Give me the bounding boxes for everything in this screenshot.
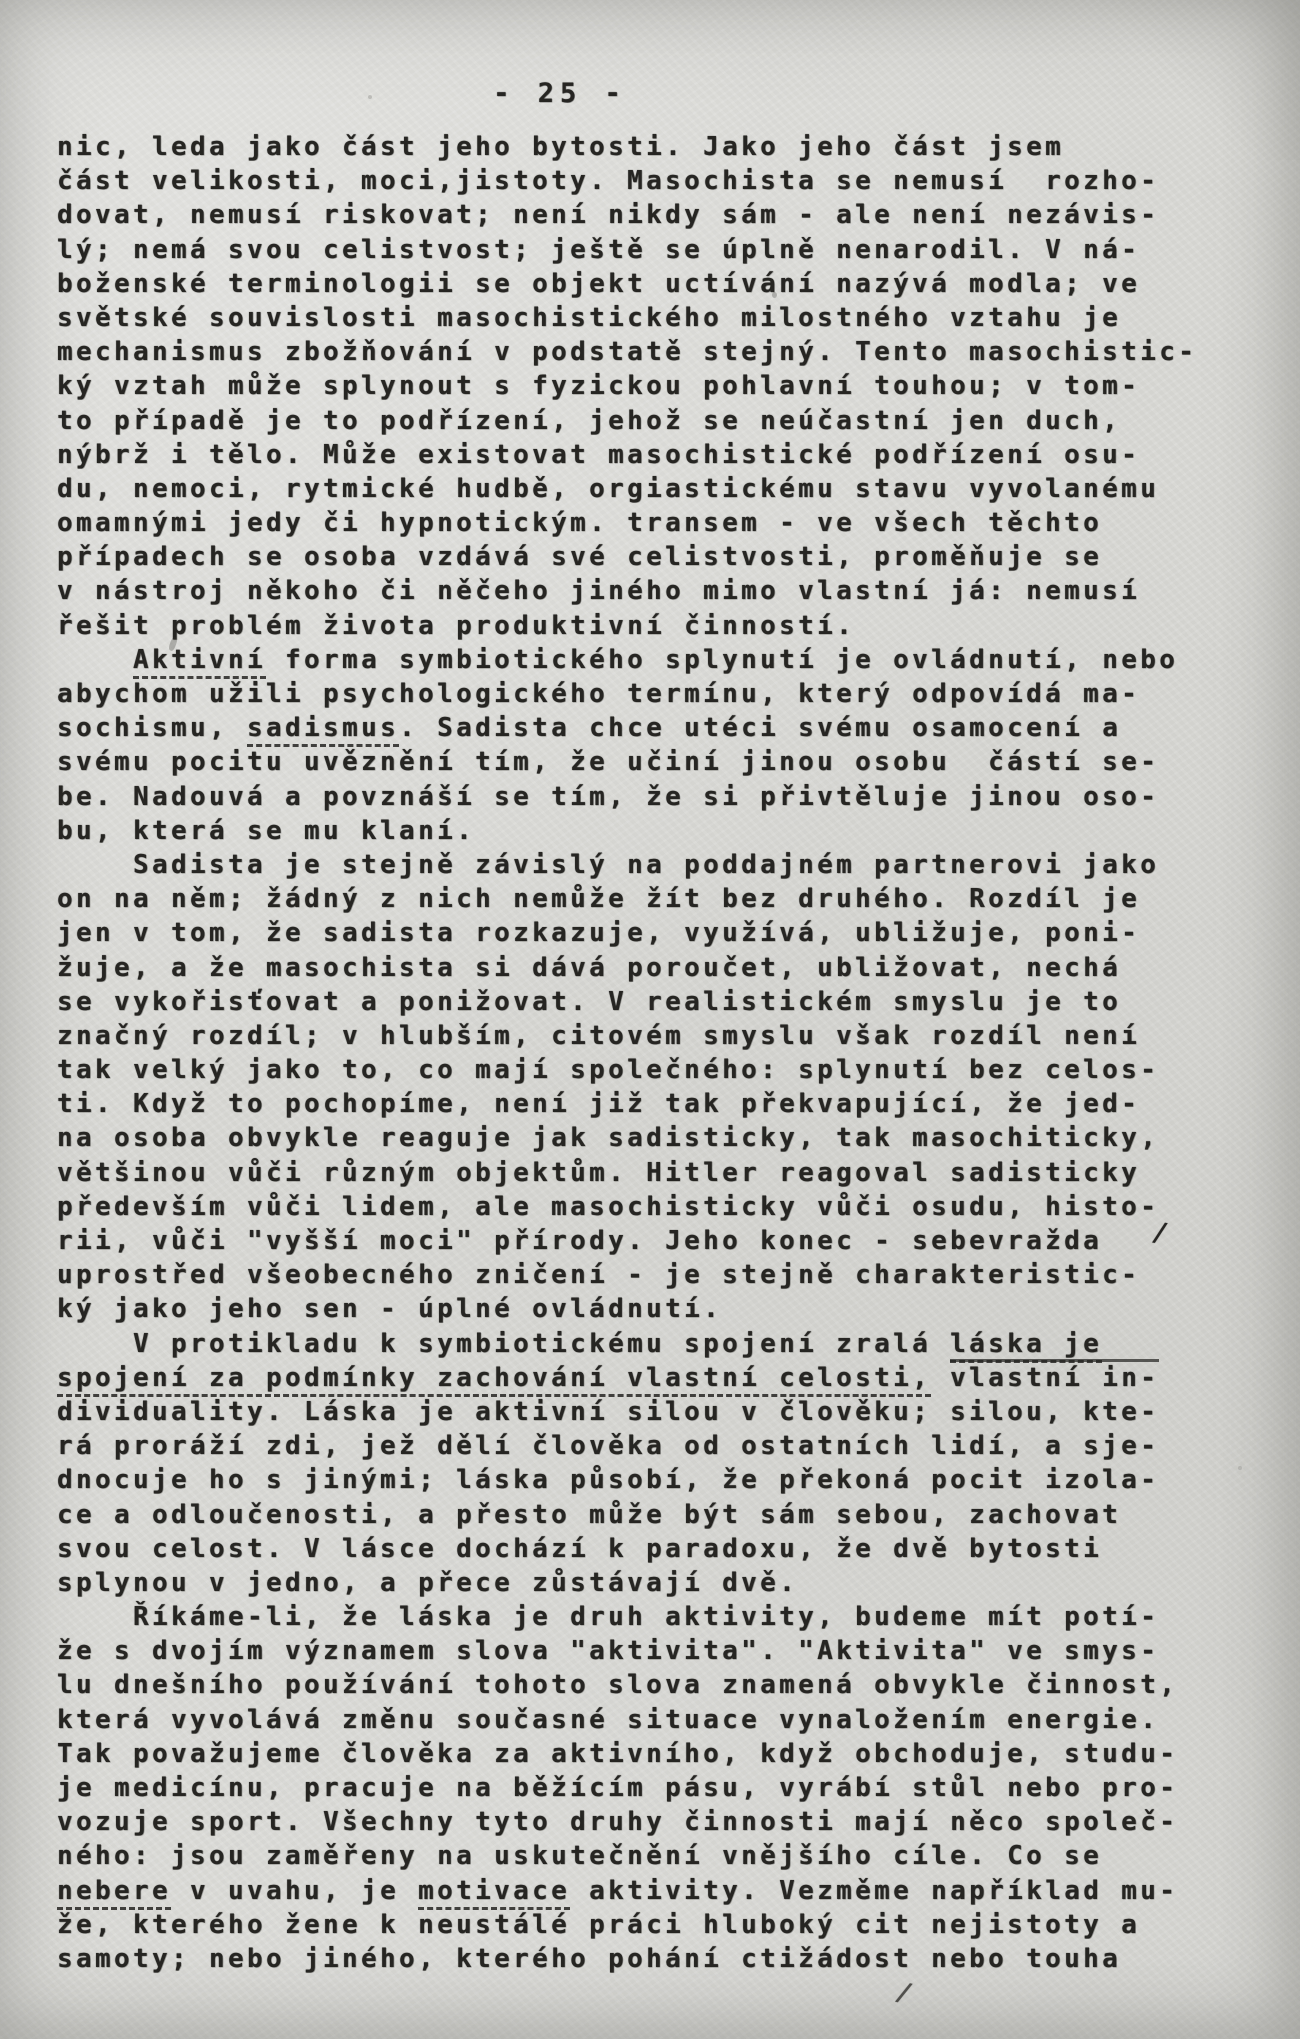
text-segment: značný rozdíl; v hlubším, citovém smyslu… (57, 1021, 1140, 1051)
text-line: bu, která se mu klaní. (57, 814, 1247, 848)
text-line: značný rozdíl; v hlubším, citovém smyslu… (57, 1019, 1247, 1053)
text-segment: Říkáme-li, že láska je druh aktivity, bu… (57, 1602, 1159, 1632)
text-segment: žuje, a že masochista si dává poroučet, … (57, 953, 1121, 983)
text-segment: lu dnešního používání tohoto slova zname… (57, 1670, 1178, 1700)
text-segment: Tak považujeme člověka za aktivního, kdy… (57, 1739, 1178, 1769)
text-line: nic, leda jako část jeho bytosti. Jako j… (57, 130, 1247, 164)
text-segment: dovat, nemusí riskovat; není nikdy sám -… (57, 200, 1159, 230)
text-line: lý; nemá svou celistvost; ještě se úplně… (57, 233, 1247, 267)
text-segment: on na něm; žádný z nich nemůže žít bez d… (57, 884, 1140, 914)
paragraph: V protikladu k symbiotickému spojení zra… (57, 1327, 1247, 1601)
text-line: ký jako jeho sen - úplné ovládnutí. (57, 1292, 1247, 1326)
scanned-page: - 25 - nic, leda jako část jeho bytosti.… (0, 0, 1300, 2039)
text-segment: dividuality. Láska je aktivní silou v čl… (57, 1397, 1159, 1427)
text-segment: rá proráží zdi, jež dělí člověka od osta… (57, 1431, 1159, 1461)
text-line: většinou vůči různým objektům. Hitler re… (57, 1156, 1247, 1190)
text-line: abychom užili psychologického termínu, k… (57, 677, 1247, 711)
text-segment: která vyvolává změnu současné situace vy… (57, 1705, 1159, 1735)
text-line: sochismu, sadismus. Sadista chce utéci s… (57, 711, 1247, 745)
text-line: ce a odloučenosti, a přesto může být sám… (57, 1498, 1247, 1532)
text-line: rii, vůči "vyšší moci" přírody. Jeho kon… (57, 1224, 1247, 1258)
text-segment: be. Nadouvá a povznáší se tím, že si při… (57, 782, 1159, 812)
text-segment: světské souvislosti masochistického milo… (57, 303, 1121, 333)
underlined-text: motivace (418, 1876, 570, 1910)
text-line: případech se osoba vzdává své celistvost… (57, 540, 1247, 574)
text-line: spojení za podmínky zachování vlastní ce… (57, 1361, 1247, 1395)
text-segment: ce a odloučenosti, a přesto může být sám… (57, 1500, 1121, 1530)
text-segment: uprostřed všeobecného zničení - je stejn… (57, 1260, 1140, 1290)
underlined-text: spojení za podmínky zachování vlastní ce… (57, 1363, 931, 1397)
text-segment: na osoba obvykle reaguje jak sadisticky,… (57, 1123, 1159, 1153)
text-line: on na něm; žádný z nich nemůže žít bez d… (57, 882, 1247, 916)
text-line: splynou v jedno, a přece zůstávají dvě. (57, 1566, 1247, 1600)
text-line: svému pocitu uvěznění tím, že učiní jino… (57, 745, 1247, 779)
text-line: samoty; nebo jiného, kterého pohání ctiž… (57, 1942, 1247, 1976)
text-segment: . Sadista chce utéci svému osamocení a (399, 713, 1121, 743)
text-segment: aktivity. Vezměme například mu- (570, 1876, 1178, 1906)
text-line: v nástroj někoho či něčeho jiného mimo v… (57, 574, 1247, 608)
text-segment: rii, vůči "vyšší moci" přírody. Jeho kon… (57, 1226, 1102, 1256)
text-segment: V protikladu k symbiotickému spojení zra… (57, 1329, 950, 1359)
text-segment: jen v tom, že sadista rozkazuje, využívá… (57, 918, 1140, 948)
text-segment: omamnými jedy či hypnotickým. transem - … (57, 508, 1102, 538)
text-line: především vůči lidem, ale masochisticky … (57, 1190, 1247, 1224)
text-segment: svému pocitu uvěznění tím, že učiní jino… (57, 747, 1159, 777)
text-segment (57, 645, 133, 675)
text-segment: lý; nemá svou celistvost; ještě se úplně… (57, 235, 1140, 265)
text-line: vozuje sport. Všechny tyto druhy činnost… (57, 1805, 1247, 1839)
text-line: je medicínu, pracuje na běžícím pásu, vy… (57, 1771, 1247, 1805)
text-segment: především vůči lidem, ale masochisticky … (57, 1192, 1159, 1222)
text-line: uprostřed všeobecného zničení - je stejn… (57, 1258, 1247, 1292)
text-line: na osoba obvykle reaguje jak sadisticky,… (57, 1121, 1247, 1155)
paragraph: Říkáme-li, že láska je druh aktivity, bu… (57, 1600, 1247, 1976)
text-segment: samoty; nebo jiného, kterého pohání ctiž… (57, 1944, 1121, 1974)
text-segment: abychom užili psychologického termínu, k… (57, 679, 1140, 709)
text-segment: ného: jsou zaměřeny na uskutečnění vnějš… (57, 1841, 1102, 1871)
text-line: ký vztah může splynout s fyzickou pohlav… (57, 369, 1247, 403)
paragraph: Aktivní forma symbiotického splynutí je … (57, 643, 1247, 848)
text-segment: bu, která se mu klaní. (57, 816, 475, 846)
text-segment: to případě je to podřízení, jehož se neú… (57, 406, 1121, 436)
text-line: V protikladu k symbiotickému spojení zra… (57, 1327, 1247, 1361)
text-segment: se vykořisťovat a ponižovat. V realistic… (57, 987, 1121, 1017)
text-line: boženské terminologii se objekt uctívání… (57, 267, 1247, 301)
text-segment: mechanismus zbožňování v podstatě stejný… (57, 337, 1197, 367)
text-line: která vyvolává změnu současné situace vy… (57, 1703, 1247, 1737)
text-line: dovat, nemusí riskovat; není nikdy sám -… (57, 198, 1247, 232)
text-line: lu dnešního používání tohoto slova zname… (57, 1668, 1247, 1702)
page-number: - 25 - (470, 78, 650, 109)
text-line: nebere v uvahu, je motivace aktivity. Ve… (57, 1874, 1247, 1908)
text-segment: nýbrž i tělo. Může existovat masochistic… (57, 440, 1140, 470)
text-line: to případě je to podřízení, jehož se neú… (57, 404, 1247, 438)
text-segment: ti. Když to pochopíme, není již tak přek… (57, 1089, 1140, 1119)
text-segment: sochismu, (57, 713, 247, 743)
text-segment: boženské terminologii se objekt uctívání… (57, 269, 1140, 299)
text-line: řešit problém života produktivní činnost… (57, 609, 1247, 643)
text-line: Říkáme-li, že láska je druh aktivity, bu… (57, 1600, 1247, 1634)
text-line: be. Nadouvá a povznáší se tím, že si při… (57, 780, 1247, 814)
text-segment: svou celost. V lásce dochází k paradoxu,… (57, 1534, 1102, 1564)
text-segment: část velikosti, moci,jistoty. Masochista… (57, 166, 1159, 196)
text-segment: vozuje sport. Všechny tyto druhy činnost… (57, 1807, 1178, 1837)
underlined-text: láska je (950, 1329, 1102, 1363)
overlined-text: vlastní in- (950, 1359, 1159, 1393)
text-segment (931, 1363, 950, 1393)
text-block: nic, leda jako část jeho bytosti. Jako j… (57, 130, 1247, 1976)
text-line: Tak považujeme člověka za aktivního, kdy… (57, 1737, 1247, 1771)
text-segment: splynou v jedno, a přece zůstávají dvě. (57, 1568, 798, 1598)
text-line: se vykořisťovat a ponižovat. V realistic… (57, 985, 1247, 1019)
text-line: světské souvislosti masochistického milo… (57, 301, 1247, 335)
text-line: že, kterého žene k neustálé práci hlubok… (57, 1908, 1247, 1942)
text-segment: většinou vůči různým objektům. Hitler re… (57, 1158, 1140, 1188)
text-line: dnocuje ho s jinými; láska působí, že př… (57, 1463, 1247, 1497)
text-segment: řešit problém života produktivní činnost… (57, 611, 855, 641)
text-line: Sadista je stejně závislý na poddajném p… (57, 848, 1247, 882)
text-line: ného: jsou zaměřeny na uskutečnění vnějš… (57, 1839, 1247, 1873)
text-segment: Sadista je stejně závislý na poddajném p… (57, 850, 1159, 880)
text-line: dividuality. Láska je aktivní silou v čl… (57, 1395, 1247, 1429)
text-segment: tak velký jako to, co mají společného: s… (57, 1055, 1159, 1085)
ink-speck (1238, 1466, 1242, 1470)
ink-speck (368, 95, 372, 99)
text-segment: ký vztah může splynout s fyzickou pohlav… (57, 371, 1140, 401)
paragraph: nic, leda jako část jeho bytosti. Jako j… (57, 130, 1247, 643)
text-segment: ký jako jeho sen - úplné ovládnutí. (57, 1294, 722, 1324)
text-segment: nic, leda jako část jeho bytosti. Jako j… (57, 132, 1064, 162)
underlined-text: sadismus (247, 713, 399, 747)
text-segment: du, nemoci, rytmické hudbě, orgiastickém… (57, 474, 1159, 504)
text-line: svou celost. V lásce dochází k paradoxu,… (57, 1532, 1247, 1566)
text-line: omamnými jedy či hypnotickým. transem - … (57, 506, 1247, 540)
text-segment: dnocuje ho s jinými; láska působí, že př… (57, 1465, 1159, 1495)
ink-speck (772, 292, 777, 298)
text-line: část velikosti, moci,jistoty. Masochista… (57, 164, 1247, 198)
text-line: nýbrž i tělo. Může existovat masochistic… (57, 438, 1247, 472)
text-segment: že s dvojím významem slova "aktivita". "… (57, 1636, 1159, 1666)
text-line: rá proráží zdi, jež dělí člověka od osta… (57, 1429, 1247, 1463)
text-segment: je medicínu, pracuje na běžícím pásu, vy… (57, 1773, 1178, 1803)
text-segment: v nástroj někoho či něčeho jiného mimo v… (57, 576, 1140, 606)
text-segment: že, kterého žene k neustálé práci hlubok… (57, 1910, 1140, 1940)
text-line: žuje, a že masochista si dává poroučet, … (57, 951, 1247, 985)
ink-slash-mark: / (893, 1977, 915, 2010)
text-segment: v uvahu, je (171, 1876, 418, 1906)
underlined-text: Aktivní (133, 645, 266, 679)
text-line: jen v tom, že sadista rozkazuje, využívá… (57, 916, 1247, 950)
text-line: du, nemoci, rytmické hudbě, orgiastickém… (57, 472, 1247, 506)
text-line: že s dvojím významem slova "aktivita". "… (57, 1634, 1247, 1668)
text-segment: forma symbiotického splynutí je ovládnut… (266, 645, 1178, 675)
text-line: ti. Když to pochopíme, není již tak přek… (57, 1087, 1247, 1121)
paragraph: Sadista je stejně závislý na poddajném p… (57, 848, 1247, 1327)
text-line: tak velký jako to, co mají společného: s… (57, 1053, 1247, 1087)
text-line: mechanismus zbožňování v podstatě stejný… (57, 335, 1247, 369)
text-line: Aktivní forma symbiotického splynutí je … (57, 643, 1247, 677)
text-segment: případech se osoba vzdává své celistvost… (57, 542, 1102, 572)
underlined-text: nebere (57, 1876, 171, 1910)
